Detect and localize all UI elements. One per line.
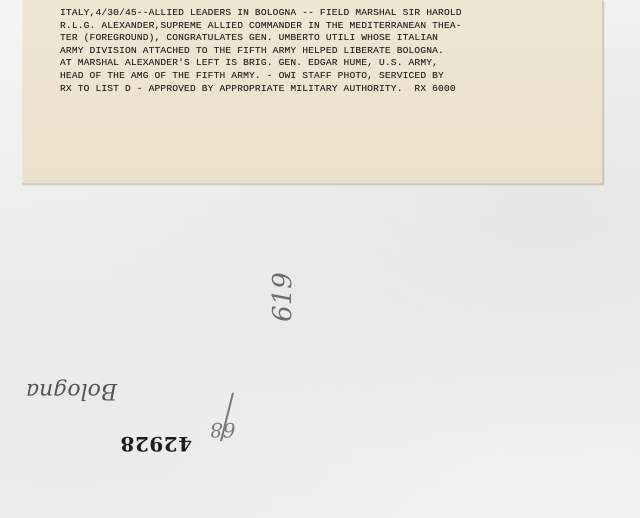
caption-line: HEAD OF THE AMG OF THE FIFTH ARMY. - OWI… [60, 70, 444, 81]
handwritten-place-note: Bologna [26, 378, 117, 403]
caption-text: ITALY,4/30/45--ALLIED LEADERS IN BOLOGNA… [60, 7, 462, 95]
serial-stamp: 42928 [120, 432, 192, 456]
caption-line: RX TO LIST D - APPROVED BY APPROPRIATE M… [60, 83, 456, 94]
caption-slip: ITALY,4/30/45--ALLIED LEADERS IN BOLOGNA… [22, 0, 603, 184]
handwritten-fraction-mark: 68 [210, 418, 235, 442]
caption-line: AT MARSHAL ALEXANDER'S LEFT IS BRIG. GEN… [60, 57, 438, 68]
caption-line: ITALY,4/30/45--ALLIED LEADERS IN BOLOGNA… [60, 7, 462, 18]
handwritten-number: 619 [268, 272, 298, 322]
photo-back-sheet: ITALY,4/30/45--ALLIED LEADERS IN BOLOGNA… [0, 0, 640, 518]
caption-line: ARMY DIVISION ATTACHED TO THE FIFTH ARMY… [60, 45, 444, 56]
caption-line: TER (FOREGROUND), CONGRATULATES GEN. UMB… [60, 32, 438, 43]
caption-line: R.L.G. ALEXANDER,SUPREME ALLIED COMMANDE… [60, 20, 462, 31]
